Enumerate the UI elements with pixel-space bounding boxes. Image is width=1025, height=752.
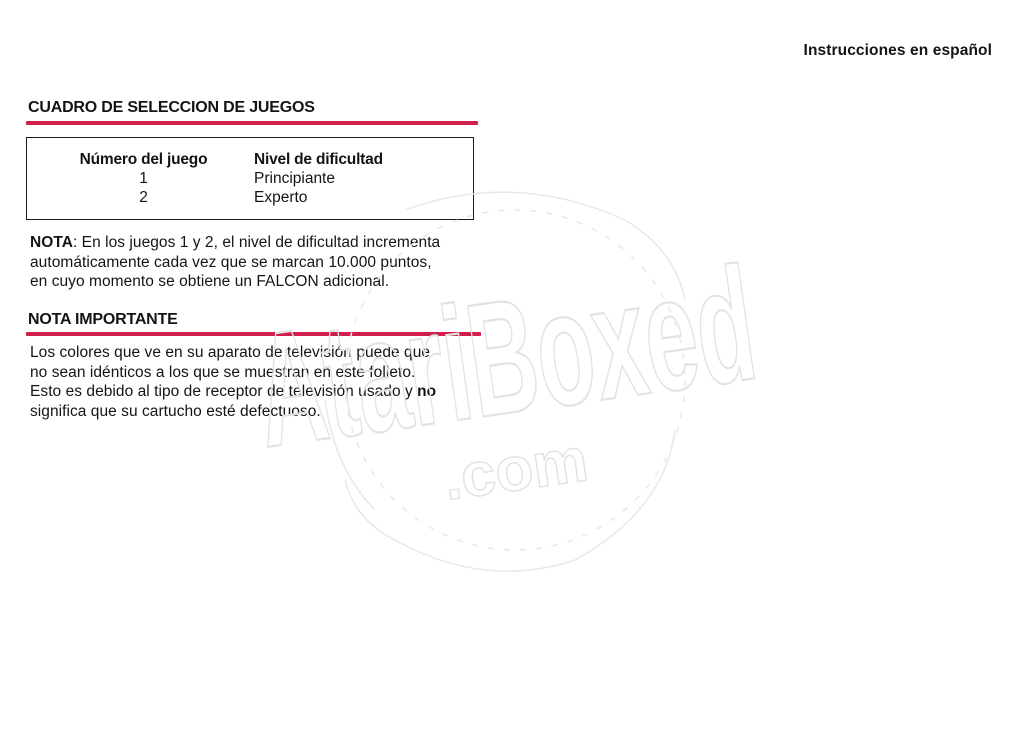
note-text: automáticamente cada vez que se marcan 1… [30, 253, 440, 273]
section-divider-rule [26, 121, 478, 125]
note-text: en cuyo momento se obtiene un FALCON adi… [30, 272, 440, 292]
watermark-suffix-text: .com [439, 425, 592, 513]
body-text: significa que su cartucho esté defectuos… [30, 402, 436, 422]
table-cell-game-number: 2 [71, 188, 216, 207]
selection-table-title: CUADRO DE SELECCION DE JUEGOS [28, 99, 315, 117]
difficulty-level-column: Nivel de dificultad Principiante Experto [254, 150, 383, 207]
table-cell-difficulty: Principiante [254, 169, 383, 188]
column-header-game-number: Número del juego [71, 150, 216, 169]
note-text: En los juegos 1 y 2, el nivel de dificul… [77, 234, 440, 251]
section-divider-rule [26, 332, 481, 336]
emphasis-text: no [417, 383, 436, 400]
column-header-difficulty: Nivel de dificultad [254, 150, 383, 169]
game-selection-table: Número del juego 1 2 Nivel de dificultad… [26, 137, 474, 220]
difficulty-note: NOTA: En los juegos 1 y 2, el nivel de d… [30, 233, 440, 292]
important-note-title: NOTA IMPORTANTE [28, 311, 178, 329]
page-language-header: Instrucciones en español [804, 42, 992, 60]
body-text: Esto es debido al tipo de receptor de te… [30, 383, 417, 400]
important-note-body: Los colores que ve en su aparato de tele… [30, 343, 436, 421]
table-cell-difficulty: Experto [254, 188, 383, 207]
body-text: no sean idénticos a los que se muestran … [30, 363, 436, 383]
table-cell-game-number: 1 [71, 169, 216, 188]
game-number-column: Número del juego 1 2 [71, 150, 216, 207]
note-label: NOTA [30, 234, 73, 251]
body-text: Los colores que ve en su aparato de tele… [30, 343, 436, 363]
